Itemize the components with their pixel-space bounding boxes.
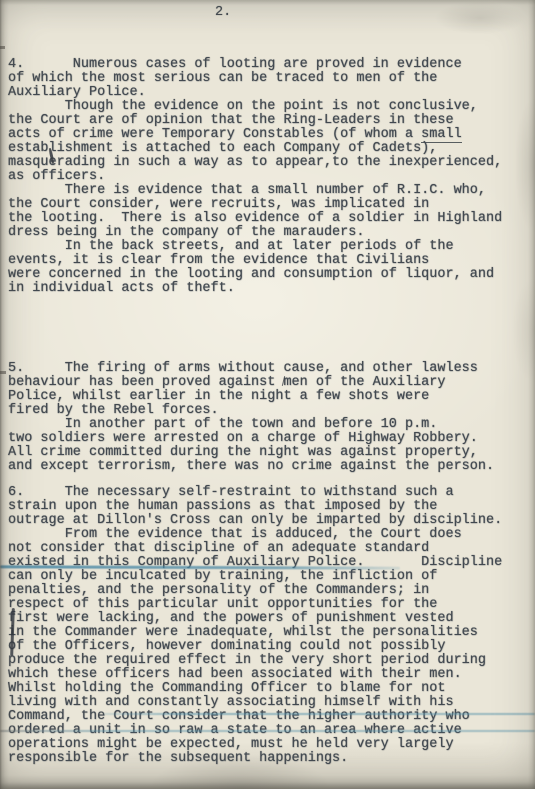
typed-line: 5. The firing of arms without cause, and… [8, 362, 494, 376]
typed-line: behaviour has been proved against men of… [8, 376, 494, 390]
typed-line: fired by the Rebel forces. [8, 404, 494, 418]
typed-line: the Court consider, were recruits, was i… [8, 198, 502, 212]
typed-line: responsible for the subsequent happening… [8, 752, 502, 766]
typed-line: establishment is attached to each Compan… [8, 142, 502, 156]
typed-line: of the Officers, however dominating coul… [8, 640, 502, 654]
typed-line: two soldiers were arrested on a charge o… [8, 432, 494, 446]
typed-line: penalties, and the personality of the Co… [8, 584, 502, 598]
typed-line: Police, whilst earlier in the night a fe… [8, 390, 494, 404]
typed-line: and except terrorism, there was no crime… [8, 460, 494, 474]
photo-edge-bottom [0, 775, 535, 789]
typed-line: existed in this Company of Auxiliary Pol… [8, 556, 502, 570]
typed-line: Whilst holding the Commanding Officer to… [8, 682, 502, 696]
photo-edge-top [0, 0, 535, 5]
typed-line: not consider that discipline of an adequ… [8, 542, 502, 556]
typed-line: produce the required effect in the very … [8, 654, 502, 668]
typed-line: All crime committed during the night was… [8, 446, 494, 460]
typed-line: which these officers had been associated… [8, 668, 502, 682]
typed-line: outrage at Dillon's Cross can only be im… [8, 514, 502, 528]
page-number: 2. [215, 6, 231, 20]
paragraph-4: 4. Numerous cases of looting are proved … [8, 58, 502, 296]
typed-line: operations might be expected, must he he… [8, 738, 502, 752]
typed-line: events, it is clear from the evidence th… [8, 254, 502, 268]
typed-line: as officers. [8, 170, 502, 184]
typed-line: living with and constantly associating h… [8, 696, 502, 710]
typed-line: Though the evidence on the point is not … [8, 100, 502, 114]
typed-line: were concerned in the looting and consum… [8, 268, 502, 282]
edge-mark [0, 46, 5, 49]
typed-line: There is evidence that a small number of… [8, 184, 502, 198]
paragraph-6: 6. The necessary self-restraint to withs… [8, 486, 502, 766]
typed-line: of which the most serious can be traced … [8, 72, 502, 86]
overtyped-word-men: men [283, 375, 307, 390]
paragraph-5: 5. The firing of arms without cause, and… [8, 362, 494, 474]
photo-edge-right [528, 0, 535, 789]
typed-line: respect of this particular unit opportun… [8, 598, 502, 612]
typed-line: ordered a unit in so raw a state to an a… [8, 724, 502, 738]
typed-line: in individual acts of theft. [8, 282, 502, 296]
typed-line: dress being in the company of the maraud… [8, 226, 502, 240]
typed-line: In another part of the town and before 1… [8, 418, 494, 432]
typewritten-document-page: 2. 4. Numerous cases of looting are prov… [0, 0, 535, 789]
typed-line: can only be inculcated by training, the … [8, 570, 502, 584]
typed-line: From the evidence that is adduced, the C… [8, 528, 502, 542]
typed-line: 4. Numerous cases of looting are proved … [8, 58, 502, 72]
typed-line: Command, the Court consider that the hig… [8, 710, 502, 724]
typed-line: acts of crime were Temporary Constables … [8, 128, 502, 142]
typed-line: 6. The necessary self-restraint to withs… [8, 486, 502, 500]
typed-line: in the Commander were inadequate, whilst… [8, 626, 502, 640]
typed-line: the Court are of opinion that the Ring-L… [8, 114, 502, 128]
typed-line: masquerading in such a way as to appear,… [8, 156, 502, 170]
typed-line: first were lacking, and the powers of pu… [8, 612, 502, 626]
typed-line: strain upon the human passions as that i… [8, 500, 502, 514]
typed-line: the looting. There is also evidence of a… [8, 212, 502, 226]
typed-line: In the back streets, and at later period… [8, 240, 502, 254]
typed-line: Auxiliary Police. [8, 86, 502, 100]
edge-mark [0, 371, 6, 374]
